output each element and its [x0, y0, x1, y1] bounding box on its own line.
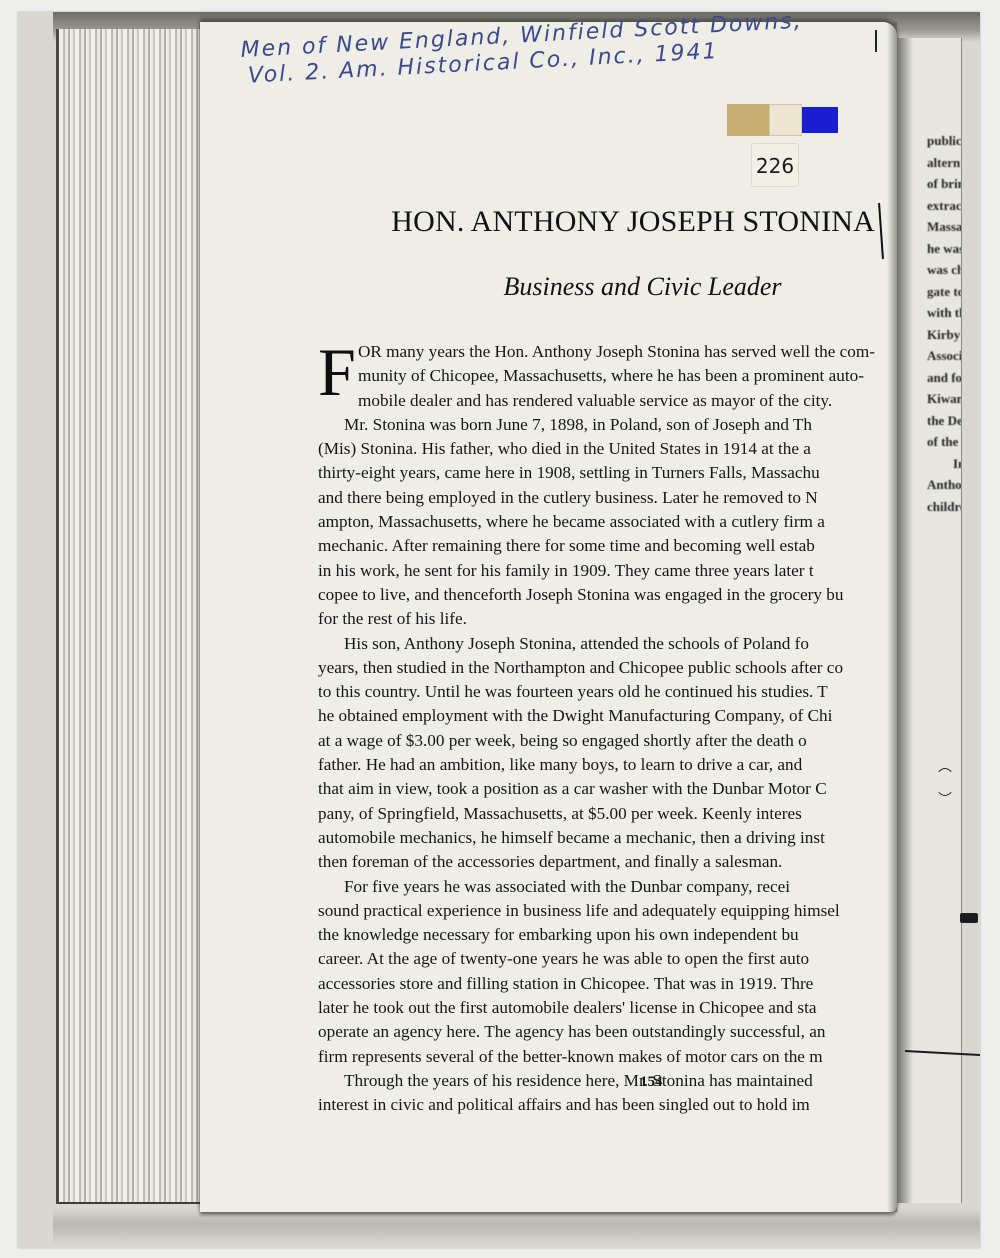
facing-fragment: Kirby J — [927, 324, 962, 346]
text-line: copee to live, and thenceforth Joseph St… — [318, 583, 898, 607]
text-line: munity of Chicopee, Massachusetts, where… — [318, 364, 898, 388]
article-title: HON. ANTHONY JOSEPH STONINA — [330, 205, 875, 239]
facing-fragment: was cha — [927, 259, 962, 281]
facing-fragment: altern — [927, 152, 962, 174]
facing-fragment: the Dea — [927, 410, 962, 432]
text-line: and there being employed in the cutlery … — [318, 486, 898, 510]
text-line: pany, of Springfield, Massachusetts, at … — [318, 802, 898, 826]
facing-fragment: Associa — [927, 345, 962, 367]
text-line: the knowledge necessary for embarking up… — [318, 923, 898, 947]
id-label: 226 — [751, 143, 799, 187]
facing-fragment: Massac — [927, 216, 962, 238]
text-line: career. At the age of twenty-one years h… — [318, 947, 898, 971]
scribble-mark — [935, 768, 955, 796]
article-body: F OR many years the Hon. Anthony Joseph … — [318, 340, 898, 1118]
swatch-tan — [727, 104, 769, 136]
facing-fragment: of the I — [927, 431, 962, 453]
swatch-cream — [769, 104, 802, 136]
facing-page: public altern of brin extract Massac he … — [897, 38, 962, 1203]
text-line: OR many years the Hon. Anthony Joseph St… — [318, 340, 898, 364]
facing-fragment: of brin — [927, 173, 962, 195]
facing-page-text: public altern of brin extract Massac he … — [927, 130, 962, 517]
facing-fragment: children — [927, 496, 962, 518]
bottom-shadow — [53, 1208, 980, 1248]
text-line: later he took out the first automobile d… — [318, 996, 898, 1020]
text-line: firm represents several of the better-kn… — [318, 1045, 898, 1069]
text-line: years, then studied in the Northampton a… — [318, 656, 898, 680]
text-line: mechanic. After remaining there for some… — [318, 534, 898, 558]
facing-fragment: with th — [927, 302, 962, 324]
text-line: accessories store and filling station in… — [318, 972, 898, 996]
text-line: thirty-eight years, came here in 1908, s… — [318, 461, 898, 485]
text-line: at a wage of $3.00 per week, being so en… — [318, 729, 898, 753]
text-line: interest in civic and political affairs … — [318, 1093, 898, 1117]
facing-page-shade — [897, 38, 913, 1203]
facing-fragment: Kiwanis — [927, 388, 962, 410]
text-line: His son, Anthony Joseph Stonina, attende… — [318, 632, 898, 656]
facing-fragment: he was — [927, 238, 962, 260]
facing-fragment: Anthony — [927, 474, 962, 496]
text-line: for the rest of his life. — [318, 607, 898, 631]
text-line: then foreman of the accessories departme… — [318, 850, 898, 874]
facing-fragment: extract — [927, 195, 962, 217]
scribble-mark — [960, 913, 978, 923]
facing-fragment: and for — [927, 367, 962, 389]
text-line: Through the years of his residence here,… — [318, 1069, 898, 1093]
text-line: to this country. Until he was fourteen y… — [318, 680, 898, 704]
text-line: he obtained employment with the Dwight M… — [318, 704, 898, 728]
color-swatch-strip — [727, 104, 838, 136]
text-line: Mr. Stonina was born June 7, 1898, in Po… — [318, 413, 898, 437]
text-line: in his work, he sent for his family in 1… — [318, 559, 898, 583]
text-line: automobile mechanics, he himself became … — [318, 826, 898, 850]
text-line: mobile dealer and has rendered valuable … — [318, 389, 898, 413]
text-line: sound practical experience in business l… — [318, 899, 898, 923]
facing-fragment: In — [927, 453, 962, 475]
text-line: (Mis) Stonina. His father, who died in t… — [318, 437, 898, 461]
text-line: that aim in view, took a position as a c… — [318, 777, 898, 801]
page-number: 154 — [640, 1074, 663, 1091]
drop-cap: F — [318, 342, 356, 402]
text-line: father. He had an ambition, like many bo… — [318, 753, 898, 777]
text-line: For five years he was associated with th… — [318, 875, 898, 899]
article-subtitle: Business and Civic Leader — [330, 272, 875, 302]
facing-fragment: public — [927, 130, 962, 152]
book-page-edges — [56, 29, 218, 1204]
facing-fragment: gate to — [927, 281, 962, 303]
text-line: operate an agency here. The agency has b… — [318, 1020, 898, 1044]
text-line: ampton, Massachusetts, where he became a… — [318, 510, 898, 534]
swatch-blue — [802, 107, 838, 133]
